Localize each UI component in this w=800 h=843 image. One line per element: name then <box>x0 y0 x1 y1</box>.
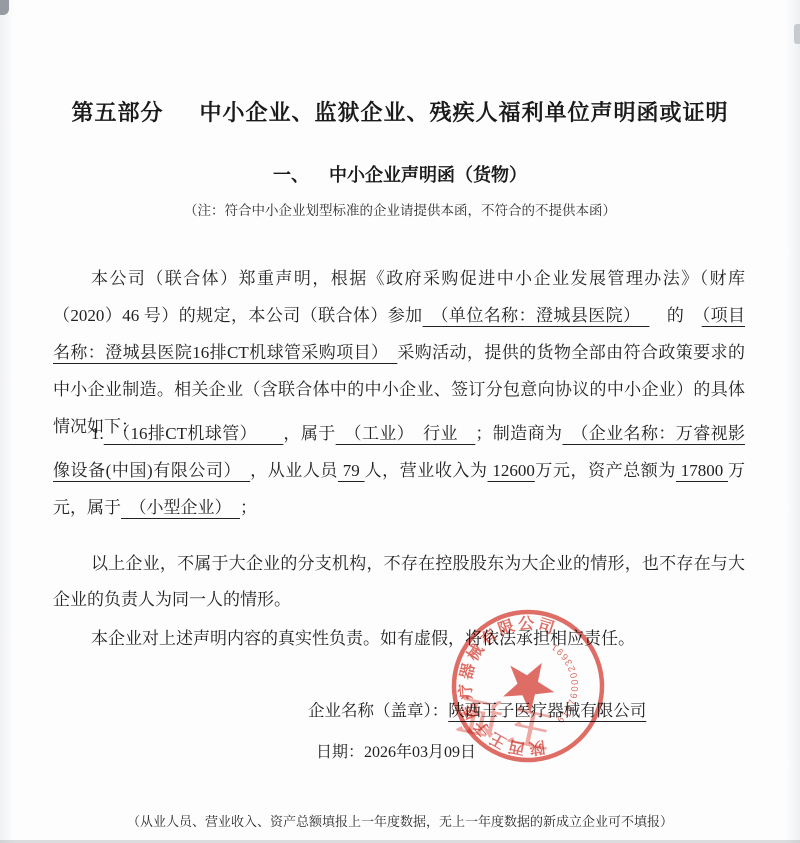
item1-text-3: ，从业人员 <box>250 461 338 480</box>
footer-note: （从业人员、营业收入、资产总额填报上一年度数据，无上一年度数据的新成立企业可不填… <box>0 811 800 830</box>
section-title: 第五部分中小企业、监狱企业、残疾人福利单位声明函或证明 <box>0 96 800 127</box>
fill-industry: （工业） 行业 <box>336 424 476 443</box>
intro-text-2: 的 <box>649 306 701 325</box>
section-title-number: 第五部分 <box>71 100 163 125</box>
paragraph-item-1: 1. （16排CT机球管） ，属于 （工业） 行业 ；制造商为 （企业名称：万睿… <box>53 415 745 526</box>
item1-text-5: 万元，资产总额为 <box>535 461 676 480</box>
fill-revenue: 12600 <box>488 461 535 480</box>
fill-enterprise-type: （小型企业） <box>121 498 240 517</box>
item1-text-7: ； <box>240 498 257 517</box>
paragraph-no-large-enterprise: 以上企业，不属于大企业的分支机构，不存在控股股东为大企业的情形，也不存在与大企业… <box>53 546 745 618</box>
doc-subtitle: 一、中小企业声明函（货物） <box>0 161 800 187</box>
item1-number: 1. <box>91 424 104 443</box>
item1-text-4: 人，营业收入为 <box>365 461 488 480</box>
section-title-text: 中小企业、监狱企业、残疾人福利单位声明函或证明 <box>200 100 729 125</box>
paragraph-responsibility: 本企业对上述声明内容的真实性负责。如有虚假，将依法承担相应责任。 <box>53 620 745 657</box>
item1-text-1: ，属于 <box>283 424 335 443</box>
item1-text-2: ；制造商为 <box>475 424 562 443</box>
scan-corner-artifact <box>0 0 9 15</box>
doc-subtitle-text: 中小企业声明函（货物） <box>329 165 527 185</box>
scan-edge-artifact <box>794 24 800 44</box>
note-line: （注：符合中小企业划型标准的企业请提供本函，不符合的不提供本函） <box>0 199 800 219</box>
fill-purchaser-name: （单位名称：澄城县医院） <box>423 306 650 325</box>
fill-goods-name: （16排CT机球管） <box>104 424 284 443</box>
signature-label: 企业名称（盖章）： <box>308 701 448 720</box>
fill-total-assets: 17800 <box>676 461 728 480</box>
fill-employees: 79 <box>338 461 365 480</box>
doc-subtitle-number: 一、 <box>273 165 309 185</box>
scanned-document-page: 第五部分中小企业、监狱企业、残疾人福利单位声明函或证明 一、中小企业声明函（货物… <box>0 0 800 843</box>
